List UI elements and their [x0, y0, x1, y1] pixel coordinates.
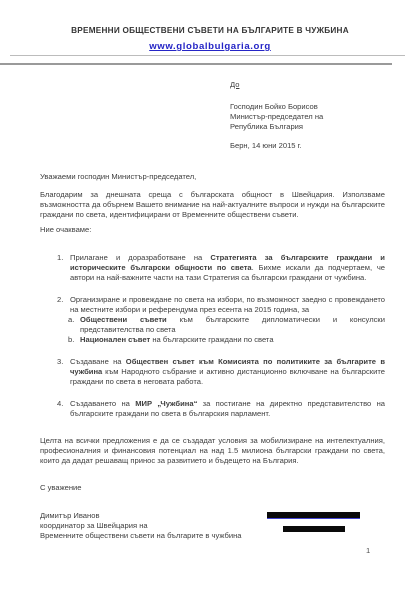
signature-section: Димитър Иванов координатор за Швейцария …: [40, 511, 385, 541]
recipient-name: Господин Бойко Борисов: [230, 102, 385, 112]
list-item: 3. Създаване на Обществен съвет към Коми…: [40, 357, 385, 387]
list-item-number: 4.: [57, 399, 70, 419]
redacted-phone-number: [283, 526, 345, 532]
website-link[interactable]: www.globalbulgaria.org: [149, 41, 271, 52]
document-page: ВРЕМЕННИ ОБЩЕСТВЕНИ СЪВЕТИ НА БЪЛГАРИТЕ …: [0, 0, 420, 593]
to-label: До: [230, 80, 385, 90]
sub-item-marker: a.: [68, 315, 80, 335]
demands-list: 1. Прилагане и доразработване на Стратег…: [40, 253, 385, 419]
regards: С уважение: [40, 483, 385, 493]
sub-list-item: a. Обществени съвети към българските дип…: [40, 315, 385, 335]
list-item: 2. Организиране и провеждане по света на…: [40, 295, 385, 315]
redacted-email-link[interactable]: [267, 512, 360, 519]
sub-item-text: Обществени съвети към българските диплом…: [80, 315, 385, 335]
expectations-label: Ние очакваме:: [40, 225, 385, 235]
list-item-text: Създаването на МИР „Чужбина“ за постиган…: [70, 399, 385, 419]
dateline: Берн, 14 юни 2015 г.: [230, 141, 385, 151]
letterhead: ВРЕМЕННИ ОБЩЕСТВЕНИ СЪВЕТИ НА БЪЛГАРИТЕ …: [0, 0, 420, 65]
closing-paragraph: Целта на всички предложения е да се създ…: [40, 436, 385, 466]
recipient-title: Министър-председател на: [230, 112, 385, 122]
list-item-text: Организиране и провеждане по света на из…: [70, 295, 385, 315]
sub-list-item: b. Национален съвет на българските гражд…: [40, 335, 385, 345]
list-item-number: 3.: [57, 357, 70, 387]
signer-organization: Временните обществени съвети на българит…: [40, 531, 385, 541]
header-rule-thick: [0, 63, 392, 65]
list-item-text: Създаване на Обществен съвет към Комисия…: [70, 357, 385, 387]
intro-paragraph: Благодарим за днешната среща с българска…: [40, 190, 385, 220]
sub-item-text: Национален съвет на българските граждани…: [80, 335, 385, 345]
list-item-number: 2.: [57, 295, 70, 315]
letter-body: До Господин Бойко Борисов Министър-предс…: [0, 80, 420, 541]
sub-item-marker: b.: [68, 335, 80, 345]
list-item: 1. Прилагане и доразработване на Стратег…: [40, 253, 385, 283]
header-rule-thin: [10, 55, 405, 56]
sub-list: a. Обществени съвети към българските дип…: [40, 315, 385, 345]
organization-title: ВРЕМЕННИ ОБЩЕСТВЕНИ СЪВЕТИ НА БЪЛГАРИТЕ …: [0, 25, 420, 36]
list-item-text: Прилагане и доразработване на Стратегият…: [70, 253, 385, 283]
recipient-block: До Господин Бойко Борисов Министър-предс…: [230, 80, 385, 151]
list-item: 4. Създаването на МИР „Чужбина“ за пости…: [40, 399, 385, 419]
list-item-number: 1.: [57, 253, 70, 283]
recipient-country: Република България: [230, 122, 385, 132]
page-number: 1: [366, 546, 370, 555]
salutation: Уважаеми господин Министър-председател,: [40, 172, 385, 182]
